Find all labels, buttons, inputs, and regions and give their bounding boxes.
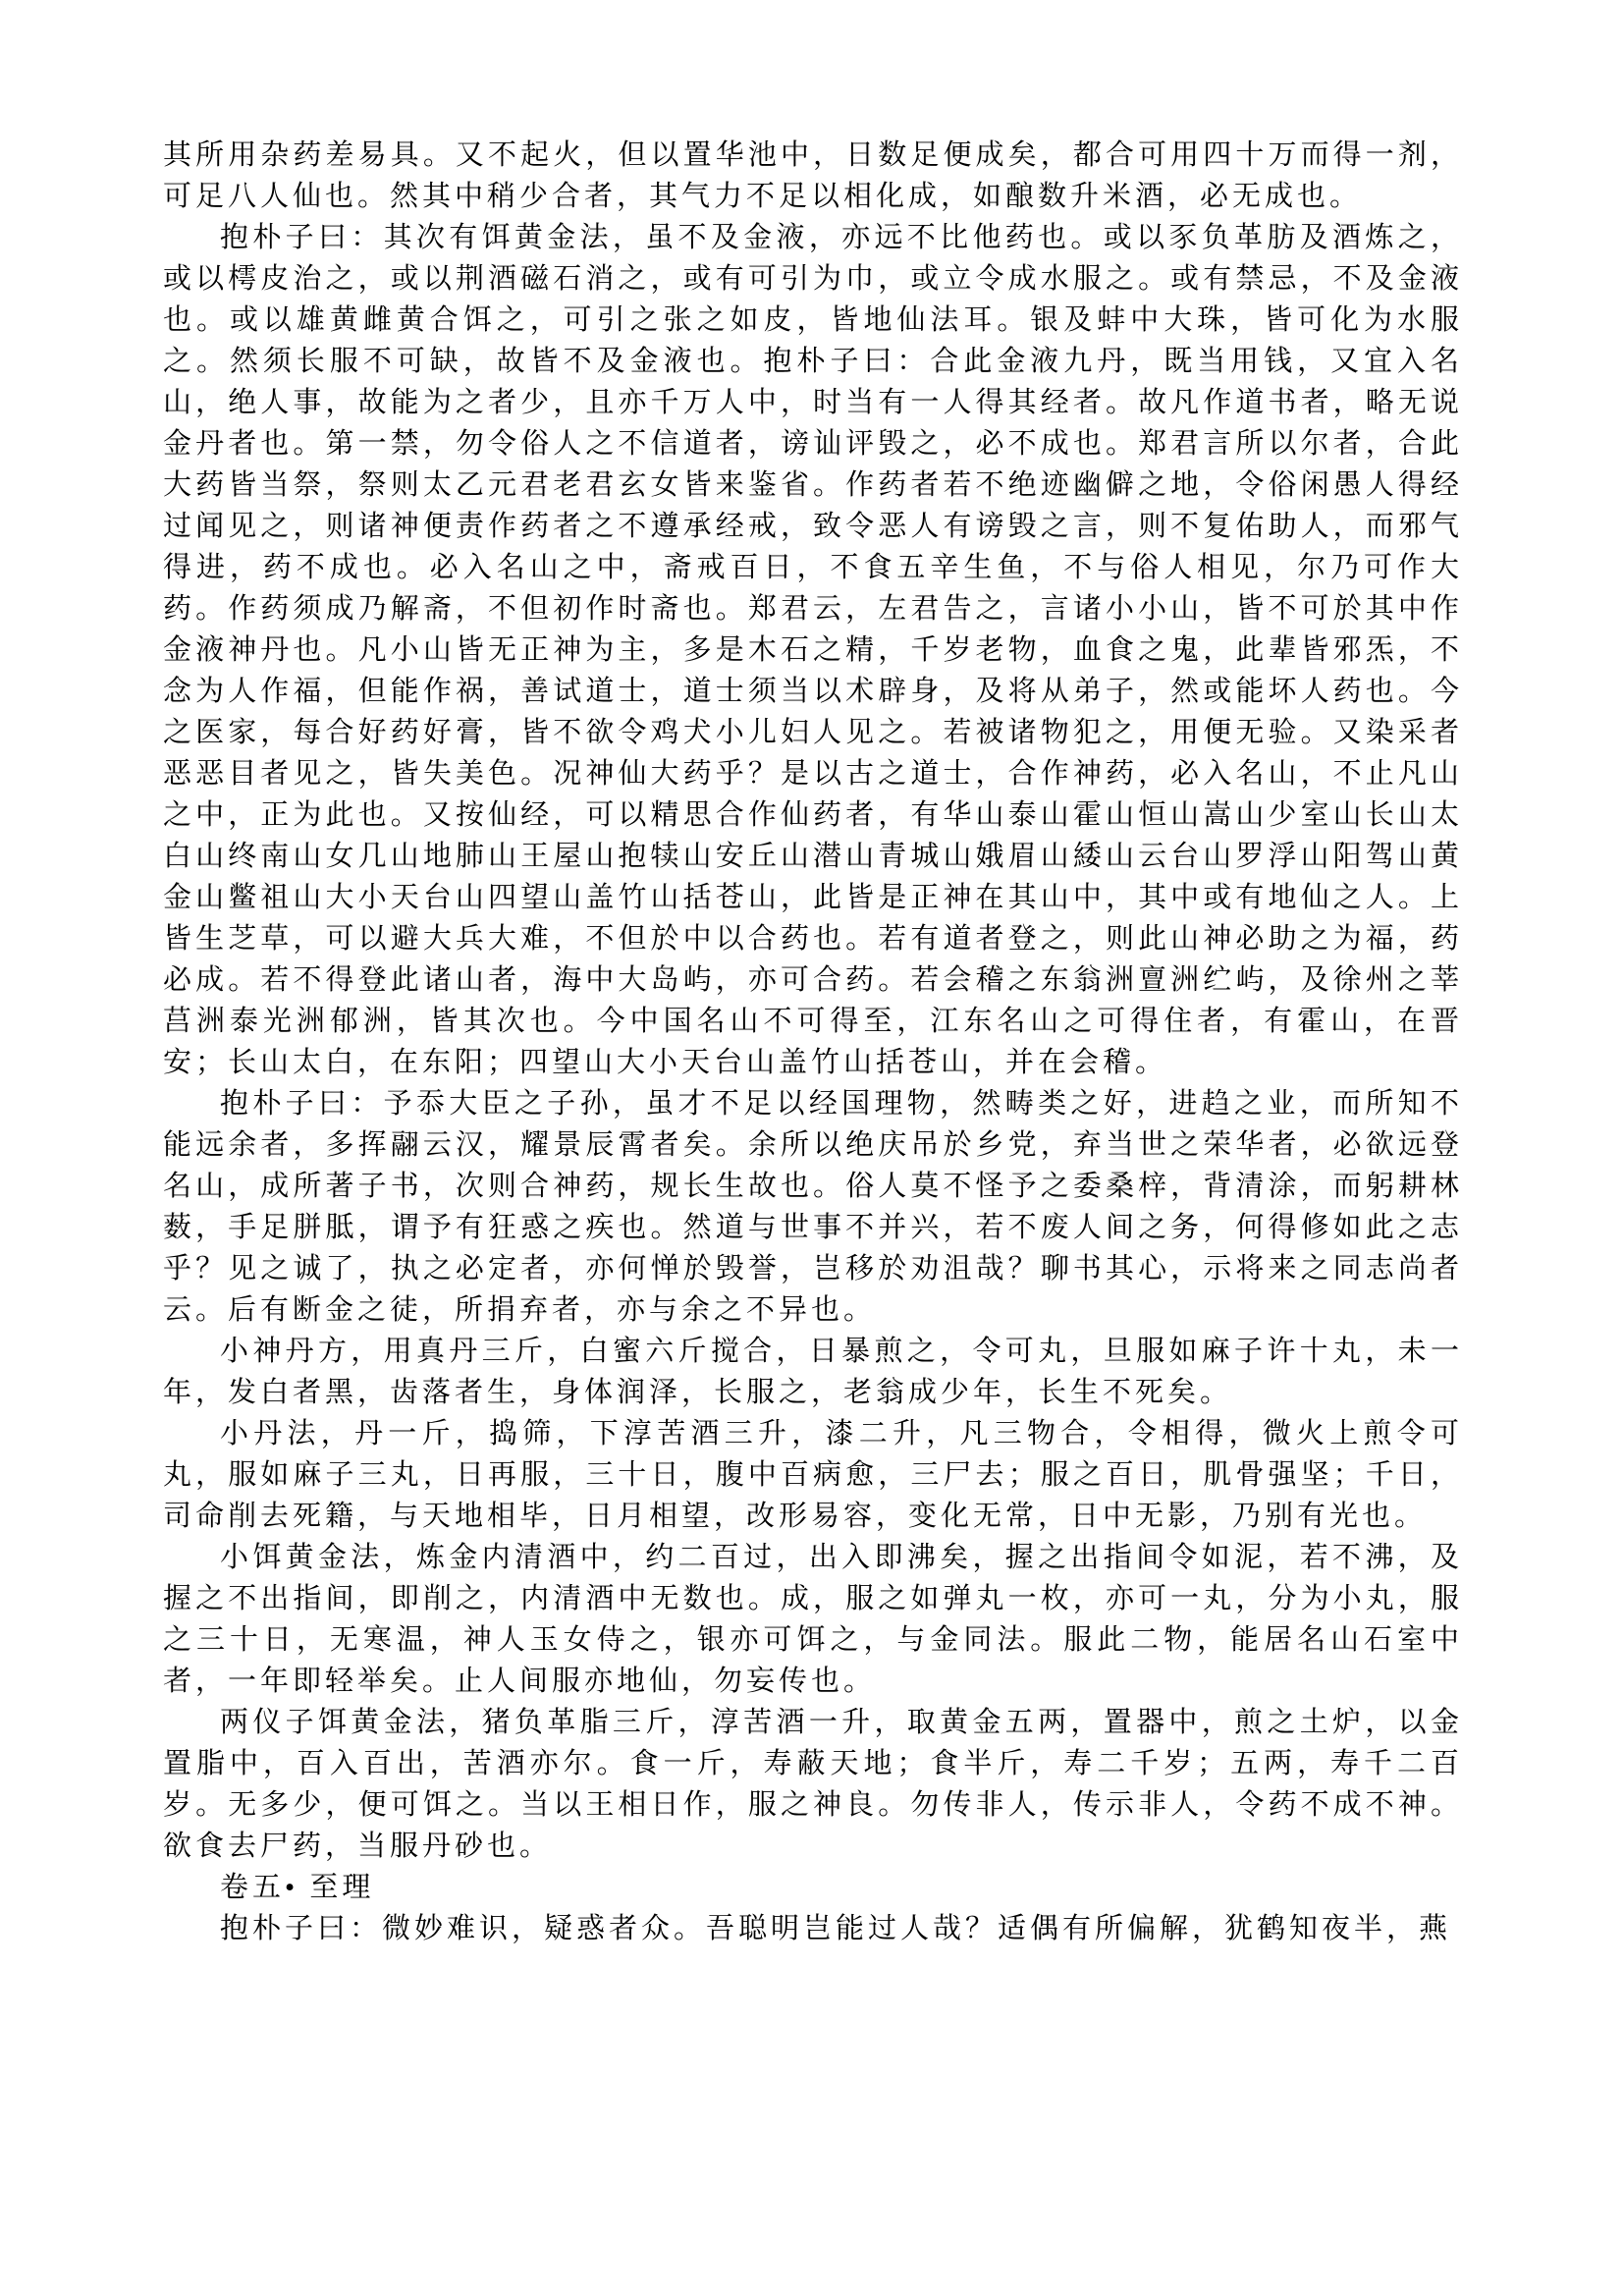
document-page: 其所用杂药差易具。又不起火，但以置华池中，日数足便成矣，都合可用四十万而得一剂，…	[0, 0, 1623, 2296]
document-body: 其所用杂药差易具。又不起火，但以置华池中，日数足便成矣，都合可用四十万而得一剂，…	[163, 135, 1463, 1949]
paragraph-xiaodanfa: 小丹法，丹一斤，捣筛，下淳苦酒三升，漆二升，凡三物合，令相得，微火上煎令可丸，服…	[163, 1413, 1463, 1537]
paragraph-weimiao-nanshi: 抱朴子曰：微妙难识，疑惑者众。吾聪明岂能过人哉？适偶有所偏解，犹鹤知夜半，燕	[163, 1908, 1463, 1949]
section-heading-juanwu-zhili: 卷五• 至理	[163, 1867, 1463, 1908]
paragraph-liangyizi-erhuangjinfa: 两仪子饵黄金法，猪负革脂三斤，淳苦酒一升，取黄金五两，置器中，煎之土炉，以金置脂…	[163, 1702, 1463, 1867]
paragraph-xiaoshendanfang: 小神丹方，用真丹三斤，白蜜六斤搅合，日暴煎之，令可丸，旦服如麻子许十丸，未一年，…	[163, 1331, 1463, 1413]
paragraph-yutian-dachen: 抱朴子曰：予忝大臣之子孙，虽才不足以经国理物，然畴类之好，进趋之业，而所知不能远…	[163, 1083, 1463, 1331]
paragraph-continuation: 其所用杂药差易具。又不起火，但以置华池中，日数足便成矣，都合可用四十万而得一剂，…	[163, 135, 1463, 217]
paragraph-ershiyoubaojinfa: 抱朴子曰：其次有饵黄金法，虽不及金液，亦远不比他药也。或以豕负革肪及酒炼之，或以…	[163, 217, 1463, 1083]
paragraph-xiaoerhuangjinfa: 小饵黄金法，炼金内清酒中，约二百过，出入即沸矣，握之出指间令如泥，若不沸，及握之…	[163, 1537, 1463, 1702]
